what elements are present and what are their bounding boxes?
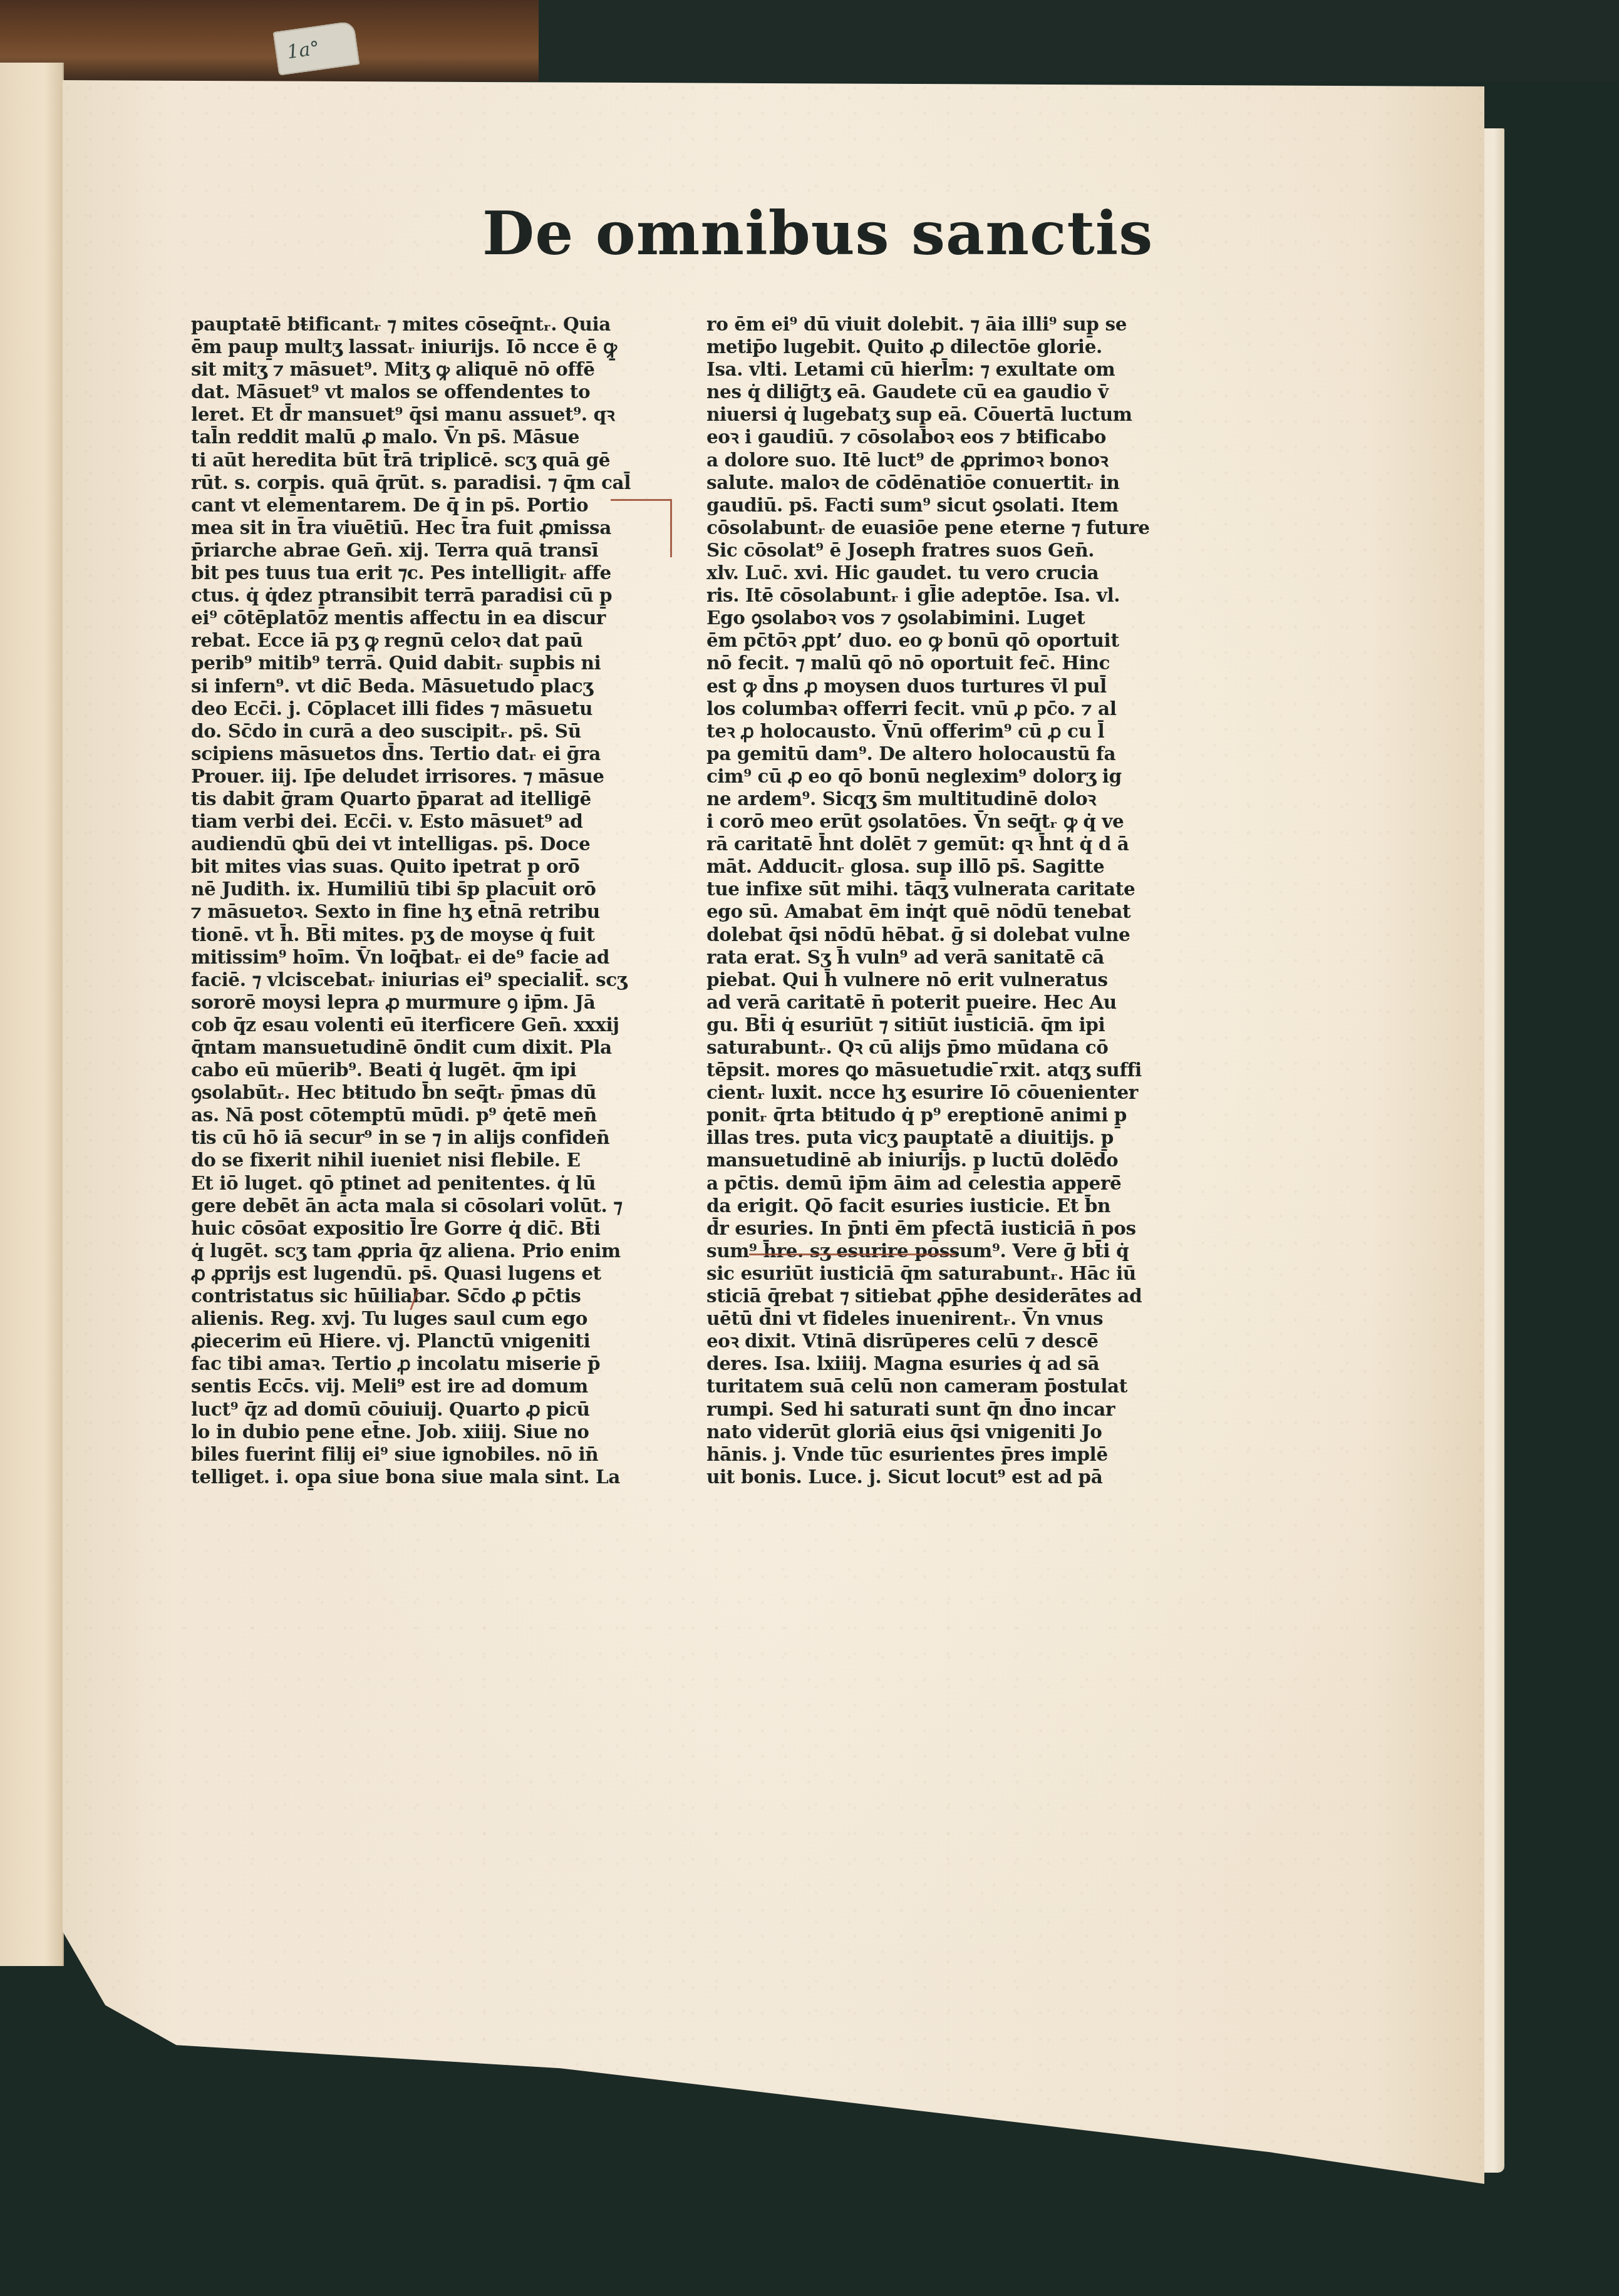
binding-label-text: 1a° (286, 37, 321, 63)
text-line: tionē. vt h̄. Bt̄i mites. pʒ de moyse q̇… (191, 924, 683, 946)
text-line: biles fuerint filij ei⁹ siue ignobiles. … (191, 1443, 683, 1466)
text-line: sic esuriūt iusticiā q̄m saturabuntᵣ. Hā… (706, 1262, 1208, 1285)
text-line: leret. Et d̄r mansuet⁹ q̄si manu assuet⁹… (191, 403, 683, 426)
text-line: cant vt elementarem. De q̄ in ps̄. Porti… (191, 494, 683, 517)
text-line: tis cū hō iā secur⁹ in se ⁊ in alijs con… (191, 1126, 683, 1149)
text-line: ad verā caritatē n̄ poterit p̱ueire. Hec… (706, 991, 1208, 1014)
text-line: mansuetudinē ab iniurijs. p̱ luctū dolēd… (706, 1149, 1208, 1171)
text-line: ro ēm ei⁹ dū viuit dolebit. ⁊ āia illi… (706, 313, 1208, 336)
text-line: sororē moysi lepra ꝓ murmure ꝯ ip̄m. Jā (191, 991, 683, 1014)
text-line: ne ardem⁹. Sicqʒ s̄m multitudinē doloꝛ (706, 788, 1208, 810)
text-line: cōsolabuntᵣ de euasiōe pene eterne ⁊ fut… (706, 517, 1208, 539)
text-line: ris. Itē cōsolabuntᵣ i gl̄ie adeptōe. Is… (706, 584, 1208, 607)
text-line: ti aūt heredita būt t̄rā triplicē. scʒ q… (191, 449, 683, 471)
left-page-edge (0, 63, 64, 1966)
text-line: ponitᵣ q̄rta bŧitudo q̇ p⁹ ereptionē ani… (706, 1104, 1208, 1126)
text-line: nō fecit. ⁊ malū qō nō oportuit fec̄. Hi… (706, 652, 1208, 674)
text-line: xlv. Luc̄. xvi. Hic gaudet. tu vero cruc… (706, 562, 1208, 584)
text-line: Ego ꝯsolaboꝛ vos ⁊ ꝯsolabimini. Luget (706, 607, 1208, 629)
text-line: cabo eū mūerib⁹. Beati q̇ lugēt. q̄m ipi (191, 1059, 683, 1081)
text-line: deo Ecc̄i. j. Cōplacet illi fides ⁊ māsu… (191, 698, 683, 720)
text-line: nato viderūt gloriā eius q̄si vnigeniti … (706, 1421, 1208, 1443)
text-line: pa gemitū dam⁹. De altero holocaustū fa (706, 743, 1208, 765)
text-line: bit pes tuus tua erit ⁊c. Pes intelligit… (191, 562, 683, 584)
text-line: si infern⁹. vt dic̄ Beda. Māsuetudo plac… (191, 675, 683, 698)
text-column-left: pauptaŧē bŧificantᵣ ⁊ mites cōseq̄ntᵣ. Q… (191, 313, 683, 1488)
text-line: do se fixerit nihil iueniet nisi flebile… (191, 1149, 683, 1171)
rubrication-underline (749, 1254, 956, 1255)
text-line: i corō meo erūt ꝯsolatōes. V̄n seq̄tᵣ ꝙ … (706, 810, 1208, 833)
text-line: Isa. vlti. Letami cū hierl̄m: ⁊ exultate… (706, 358, 1208, 381)
binding-label: 1a° (273, 21, 359, 75)
text-line: sticiā q̄rebat ⁊ sitiebat ꝓp̄he desiderā… (706, 1285, 1208, 1307)
text-line: bit mites vias suas. Quito ipetrat p̱ or… (191, 855, 683, 878)
text-line: mitissim⁹ hoīm. V̄n loq̄batᵣ ei de⁹ fac… (191, 946, 683, 969)
text-line: turitatem suā celū non cameram p̄ostulat (706, 1375, 1208, 1398)
text-line: tis dabit ḡram Quarto p̄parat ad itelli… (191, 788, 683, 810)
text-line: sit mitʒ ⁊ māsuet⁹. Mitʒ ꝙ aliquē nō off… (191, 358, 683, 381)
text-line: māt. Adducitᵣ glosa. sup̱ illō ps̄. Sagi… (706, 855, 1208, 878)
text-line: cientᵣ luxit. ncce hʒ esurire Iō cōuenie… (706, 1081, 1208, 1104)
text-line: rata erat. Sʒ h̄ vuln⁹ ad verā sanitatē … (706, 946, 1208, 969)
text-column-right: ro ēm ei⁹ dū viuit dolebit. ⁊ āia illi… (706, 313, 1208, 1488)
text-line: d̄r esuries. In p̄nti ēm p̱fectā iustic… (706, 1217, 1208, 1240)
text-line: fac tibi amaꝛ. Tertio ꝓ incolatu miserie… (191, 1352, 683, 1375)
text-line: ꝓ ꝓprijs est lugendū. ps̄. Quasi lugens … (191, 1262, 683, 1285)
text-line: as. Nā post cōtemptū mūdi. p⁹ q̇etē men̄ (191, 1104, 683, 1126)
text-line: piebat. Qui h̄ vulnere nō erit vulneratu… (706, 969, 1208, 991)
text-line: sentis Ecc̄s. vij. Meli⁹ est ire ad domu… (191, 1375, 683, 1398)
text-line: lo in dubio pene et̄ne. Job. xiiij. Siue… (191, 1421, 683, 1443)
text-line: deres. Isa. lxiiij. Magna esuries q̇ ad … (706, 1352, 1208, 1375)
text-line: dat. Māsuet⁹ vt malos se offendentes to (191, 381, 683, 403)
text-line: tal̄n reddit malū ꝓ malo. V̄n ps̄. Māsue (191, 426, 683, 448)
rubrication-mark (611, 499, 672, 557)
text-line: gaudiū. ps̄. Facti sum⁹ sicut ꝯsolati. I… (706, 494, 1208, 517)
text-line: da erigit. Qō facit esuries iusticie. Et… (706, 1195, 1208, 1217)
text-line: cim⁹ cū ꝓ eo qō bonū neglexim⁹ dolorʒ ig (706, 765, 1208, 788)
text-line: a dolore suo. Itē luct⁹ de ꝓprimoꝛ bonoꝛ (706, 449, 1208, 471)
text-line: gere debēt ān acta mala si cōsolari vol… (191, 1195, 683, 1217)
text-line: alienis. Reg. xvj. Tu luges saul cum ego (191, 1307, 683, 1330)
text-line: salute. maloꝛ de cōdēnatiōe conuertitᵣ i… (706, 471, 1208, 494)
running-head: De omnibus sanctis (482, 203, 1153, 264)
text-line: Et iō luget. qō p̱tinet ad penitentes. q… (191, 1172, 683, 1195)
text-line: contristatus sic hūiliabar. Sc̄do ꝓ pc̄t… (191, 1285, 683, 1307)
text-line: metip̄o lugebit. Quito ꝓ dilectōe glorie… (706, 336, 1208, 358)
text-line: hānis. j. Vnde tūc esurientes p̄res impl… (706, 1443, 1208, 1466)
text-line: p̄riarche abrae Gen̄. xij. Terra quā tra… (191, 539, 683, 562)
text-line: faciē. ⁊ vlciscebatᵣ iniurias ei⁹ specia… (191, 969, 683, 991)
text-line: eoꝛ dixit. Vtinā disrūperes celū ⁊ descē… (706, 1330, 1208, 1352)
text-line: cob q̄z esau volenti eū iterficere Gen̄.… (191, 1014, 683, 1036)
text-line: rumpi. Sed hi saturati sunt q̄n d̄no inc… (706, 1398, 1208, 1421)
text-line: a pc̄tis. demū ip̄m āim ad celestia app… (706, 1172, 1208, 1195)
text-line: ēm paup̱ multʒ lassatᵣ iniurijs. Iō ncc… (191, 336, 683, 358)
text-line: q̇ lugēt. scʒ tam ꝓpria q̄z aliena. Prio… (191, 1240, 683, 1262)
background-top (539, 0, 1619, 81)
text-line: luct⁹ q̄z ad domū cōuiuij. Quarto ꝓ picu… (191, 1398, 683, 1421)
text-line: telliget. i. op̱a siue bona siue mala si… (191, 1466, 683, 1488)
text-line: ꝓiecerim eū Hiere. vj. Planctū vnigeniti (191, 1330, 683, 1352)
text-line: uētū d̄ni vt fideles inuenirentᵣ. V̄n vn… (706, 1307, 1208, 1330)
text-line: do. Sc̄do in curā a deo suscipitᵣ. ps̄. … (191, 720, 683, 743)
text-line: ctus. q̇ q̇dez p̱transibit terrā paradis… (191, 584, 683, 607)
book-binding: 1a° (0, 0, 539, 81)
text-line: niuersi q̇ lugebatʒ sup̱ eā. Cōuertā luc… (706, 403, 1208, 426)
text-line: dolebat q̄si nōdū hēbat. ḡ si dolebat v… (706, 924, 1208, 946)
text-line: ⁊ māsuetoꝛ. Sexto in fine hʒ et̄nā retri… (191, 900, 683, 923)
text-line: ēm pc̄tōꝛ ꝓpt’ duo. eo ꝙ bonū qō oportu… (706, 629, 1208, 652)
text-line: est ꝙ d̄ns ꝓ moysen duos turtures v̄l pu… (706, 675, 1208, 698)
text-line: sum⁹ h̄re. sʒ esurire possum⁹. Vere ḡ b… (706, 1240, 1208, 1262)
text-line: nes q̇ diliḡtʒ eā. Gaudete cū ea gaudio… (706, 381, 1208, 403)
text-line: uit bonis. Luce. j. Sicut locut⁹ est ad … (706, 1466, 1208, 1488)
text-line: Prouer. iij. Ip̄e deludet irrisores. ⁊ m… (191, 765, 683, 788)
text-line: los columbaꝛ offerri fecit. vnū ꝓ pc̄o. … (706, 698, 1208, 720)
text-line: ei⁹ cōtēplatōz mentis affectu in ea disc… (191, 607, 683, 629)
page-scan: 1a° De omnibus sanctis pauptaŧē bŧifican… (0, 0, 1619, 2296)
text-line: huic cōsōat expositio l̄re Gorre q̇ dic̄… (191, 1217, 683, 1240)
text-line: illas tres. puta vicʒ paup̱tatē a diuiti… (706, 1126, 1208, 1149)
text-line: rūt. s. corp̱is. quā q̄rūt. s. paradisi.… (191, 471, 683, 494)
text-line: scipiens māsuetos d̄ns. Tertio datᵣ ei g… (191, 743, 683, 765)
text-line: teꝛ ꝓ holocausto. V̄nū offerim⁹ cū ꝓ cu … (706, 720, 1208, 743)
text-line: pauptaŧē bŧificantᵣ ⁊ mites cōseq̄ntᵣ. Q… (191, 313, 683, 336)
text-line: perib⁹ mitib⁹ terrā. Quid dabitᵣ sup̱bis… (191, 652, 683, 674)
text-line: tēpsit. mores ꝗo māsuetudie ̄rxit. atqʒ … (706, 1059, 1208, 1081)
text-line: saturabuntᵣ. Qꝛ cū alijs p̄mo mūdana cō (706, 1036, 1208, 1059)
text-line: rebat. Ecce iā pʒ ꝙ regnū celoꝛ dat paū (191, 629, 683, 652)
text-line: q̄ntam mansuetudinē ōndit cum dixit. Pl… (191, 1036, 683, 1059)
text-line: ego sū. Amabat ēm inq̇t quē nōdū teneba… (706, 900, 1208, 923)
text-line: gu. Bt̄i q̇ esuriūt ⁊ sitiūt iusticiā. … (706, 1014, 1208, 1036)
text-line: tue infixe sūt mihi. tāqʒ vulnerata cari… (706, 878, 1208, 900)
text-line: ꝯsolabūtᵣ. Hec bŧitudo b̄n seq̄tᵣ p̄mas … (191, 1081, 683, 1104)
text-line: mea sit in t̄ra viuētiū. Hec t̄ra fuit ꝓ… (191, 517, 683, 539)
text-line: nē Judith. ix. Humiliū tibi s̄p placuit … (191, 878, 683, 900)
text-line: tiam verbi dei. Ecc̄i. v. Esto māsuet⁹ a… (191, 810, 683, 833)
text-line: audiendū ꝗbū dei vt intelligas. ps̄. Doc… (191, 833, 683, 855)
text-line: eoꝛ i gaudiū. ⁊ cōsolaboꝛ eos ⁊ bŧificab… (706, 426, 1208, 448)
text-line: rā caritatē h̄nt dolēt ⁊ gemūt: qꝛ h̄nt … (706, 833, 1208, 855)
text-line: Sic cōsolat⁹ ē Joseph fratres suos Gen̄. (706, 539, 1208, 562)
